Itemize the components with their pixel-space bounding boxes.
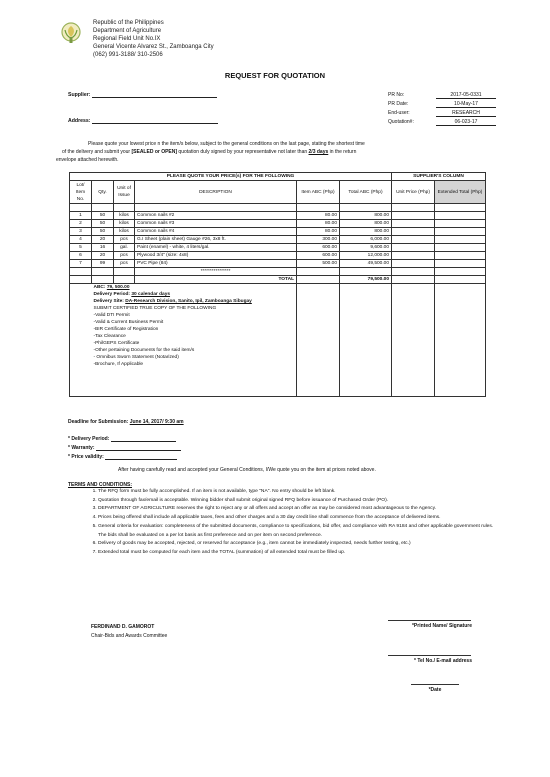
unit-price-cell[interactable] — [392, 212, 435, 220]
requirement-item: -BIR Certificate of Registration — [94, 326, 295, 333]
total-unit-price-cell[interactable] — [392, 276, 435, 284]
warranty-field[interactable]: * Warranty: — [68, 445, 181, 451]
total-label: TOTAL — [135, 276, 297, 284]
document-title: REQUEST FOR QUOTATION — [0, 71, 550, 80]
terms-list: The RFQ form must be fully accomplished.… — [84, 488, 498, 558]
notes-cell: ABC: 79, 500.00 Delivery Period: 30 cale… — [92, 284, 297, 397]
item-qty: 99 — [92, 260, 114, 268]
delivery-site-line: Delivery Site: DA-Research Division, San… — [94, 298, 295, 305]
pr-date-value: 10-May-17 — [436, 101, 496, 108]
item-description: Common nails #4 — [135, 228, 297, 236]
item-unit: pcs — [114, 260, 135, 268]
requirement-item: -Other pertaining Documents for the said… — [94, 347, 295, 354]
unit-price-cell[interactable] — [392, 236, 435, 244]
table-row: 516gal.Paint (enamel) - white, 4 liters/… — [70, 244, 486, 252]
term-item: The RFQ form must be fully accomplished.… — [98, 488, 498, 497]
quotation-no-label: Quotation#: — [388, 119, 414, 125]
item-qty: 50 — [92, 220, 114, 228]
spacer-row — [70, 204, 486, 212]
table-row: 620pcsPlywood 3/4" (size: 4x8)600.0012,0… — [70, 252, 486, 260]
extended-total-cell[interactable] — [435, 244, 486, 252]
tel-email-label: * Tel No./ E-mail address — [380, 658, 472, 664]
agency-header: Republic of the Philippines Department o… — [93, 19, 214, 59]
tel-email-line[interactable] — [388, 655, 471, 656]
item-total-abc: 800.00 — [340, 228, 392, 236]
item-abc: 600.00 — [297, 252, 340, 260]
item-qty: 16 — [92, 244, 114, 252]
item-description: G.I Sheet (plain sheet) Gauge #26, 3x8 f… — [135, 236, 297, 244]
item-no: 1 — [70, 212, 92, 220]
end-user-label: End-user: — [388, 110, 410, 116]
signatory-name: FERDINAND D. GAMOROT — [91, 623, 167, 632]
item-no: 7 — [70, 260, 92, 268]
item-total-abc: 9,600.00 — [340, 244, 392, 252]
item-unit: kilos — [114, 220, 135, 228]
term-item: Quotation through fax/email is acceptabl… — [98, 497, 498, 506]
item-unit: gal. — [114, 244, 135, 252]
item-total-abc: 800.00 — [340, 212, 392, 220]
extended-total-cell[interactable] — [435, 220, 486, 228]
term-item: Prices being offered shall include all a… — [98, 514, 498, 523]
item-description: PVC Pipe (84) — [135, 260, 297, 268]
item-no: 3 — [70, 228, 92, 236]
item-unit: pcs — [114, 252, 135, 260]
requirements-list: -Valid DTI Permit-Valid & Current Busine… — [94, 312, 295, 368]
table-row: 420pcsG.I Sheet (plain sheet) Gauge #26,… — [70, 236, 486, 244]
rfq-page: Republic of the Philippines Department o… — [0, 0, 550, 777]
header-line: Department of Agriculture — [93, 27, 214, 35]
unit-price-cell[interactable] — [392, 252, 435, 260]
extended-total-cell[interactable] — [435, 236, 486, 244]
col-header-unit: Unit of Issue — [114, 181, 135, 204]
extended-total-cell[interactable] — [435, 228, 486, 236]
intro-line-3: envelope attached herewith. — [56, 156, 506, 164]
term-item: General criteria for evaluation: complet… — [98, 523, 498, 540]
group-header-right: SUPPLIER'S COLUMN — [392, 173, 486, 181]
item-abc: 300.00 — [297, 236, 340, 244]
item-abc: 500.00 — [297, 260, 340, 268]
signatory-block: FERDINAND D. GAMOROT Chair-Bids and Awar… — [91, 623, 167, 640]
acceptance-statement: After having carefully read and accepted… — [118, 467, 376, 473]
header-line: Republic of the Philippines — [93, 19, 214, 27]
term-item: DEPARTMENT OF AGRICULTURE reserves the r… — [98, 505, 498, 514]
delivery-period-line: Delivery Period: 30 calendar days — [94, 291, 295, 298]
delivery-period-field[interactable]: * Delivery Period: — [68, 436, 176, 442]
item-no: 5 — [70, 244, 92, 252]
extended-total-cell[interactable] — [435, 252, 486, 260]
unit-price-cell[interactable] — [392, 228, 435, 236]
extended-total-cell[interactable] — [435, 212, 486, 220]
price-validity-field[interactable]: * Price validity: — [68, 454, 177, 460]
requirement-item: -Valid DTI Permit — [94, 312, 295, 319]
end-user-value: RESEARCH — [436, 110, 496, 117]
warranty-blank[interactable] — [96, 445, 181, 451]
item-qty: 50 — [92, 212, 114, 220]
col-header-unit-price: Unit Price (Php) — [392, 181, 435, 204]
col-header-total-abc: Total ABC (Php) — [340, 181, 392, 204]
item-unit: kilos — [114, 228, 135, 236]
intro-line-1: Please quote your lowest price n the ite… — [56, 140, 506, 148]
item-abc: 600.00 — [297, 244, 340, 252]
total-abc-value: 79,500.00 — [340, 276, 392, 284]
total-row: TOTAL 79,500.00 — [70, 276, 486, 284]
header-line: (062) 991-3188/ 310-2506 — [93, 51, 214, 59]
intro-line-2: of the delivery and submit your [SEALED … — [56, 148, 506, 156]
supplier-label: Supplier: — [68, 92, 90, 98]
deadline-value: June 14, 2017/ 9:30 am — [130, 419, 184, 425]
pr-date-label: PR Date: — [388, 101, 408, 107]
item-total-abc: 800.00 — [340, 220, 392, 228]
item-qty: 20 — [92, 236, 114, 244]
item-abc: 80.00 — [297, 212, 340, 220]
table-row: 799pcsPVC Pipe (84)500.0049,500.00 — [70, 260, 486, 268]
item-abc: 80.00 — [297, 228, 340, 236]
unit-price-cell[interactable] — [392, 220, 435, 228]
abc-line: ABC: 79, 500.00 — [94, 284, 295, 291]
item-qty: 20 — [92, 252, 114, 260]
signature-line[interactable] — [388, 620, 471, 621]
printed-name-label: *Printed Name/ Signature — [380, 623, 472, 629]
unit-price-cell[interactable] — [392, 244, 435, 252]
total-extended-cell[interactable] — [435, 276, 486, 284]
item-abc: 80.00 — [297, 220, 340, 228]
item-no: 6 — [70, 252, 92, 260]
item-no: 4 — [70, 236, 92, 244]
item-total-abc: 12,000.00 — [340, 252, 392, 260]
header-line: Regional Field Unit No.IX — [93, 35, 214, 43]
items-table: PLEASE QUOTE YOUR PRICE(s) FOR THE FOLLO… — [69, 172, 486, 397]
supplier-blank[interactable] — [92, 92, 217, 98]
extended-total-cell[interactable] — [435, 260, 486, 268]
date-label: *Date — [411, 687, 459, 693]
item-total-abc: 49,500.00 — [340, 260, 392, 268]
item-description: Common nails #2 — [135, 212, 297, 220]
address-label: Address: — [68, 118, 91, 124]
signatory-position: Chair-Bids and Awards Committee — [91, 632, 167, 641]
group-header-left: PLEASE QUOTE YOUR PRICE(s) FOR THE FOLLO… — [70, 173, 392, 181]
col-header-description: DESCRIPTION — [135, 181, 297, 204]
item-description: Common nails #3 — [135, 220, 297, 228]
pr-no-label: PR No: — [388, 92, 404, 98]
requirement-item: -Brochure, If Applicable — [94, 361, 295, 368]
notes-row: ABC: 79, 500.00 Delivery Period: 30 cale… — [70, 284, 486, 397]
requirement-item: -Tax Clearance — [94, 333, 295, 340]
col-header-lot: Lot/ Item No. — [70, 181, 92, 204]
item-description: Plywood 3/4" (size: 4x8) — [135, 252, 297, 260]
agency-seal-icon — [61, 22, 81, 44]
item-qty: 50 — [92, 228, 114, 236]
col-header-qty: Qty. — [92, 181, 114, 204]
item-no: 2 — [70, 220, 92, 228]
delivery-period-blank[interactable] — [111, 436, 176, 442]
requirement-item: -PhilGEPS Certificate — [94, 340, 295, 347]
address-blank[interactable] — [92, 118, 218, 124]
deadline: Deadline for Submission: June 14, 2017/ … — [68, 419, 184, 425]
date-line[interactable] — [411, 684, 459, 685]
end-marker: **************** — [135, 268, 297, 276]
pr-no-value: 2017-05-0331 — [436, 92, 496, 99]
item-unit: kilos — [114, 212, 135, 220]
quotation-no-value: 06-023-17 — [436, 119, 496, 126]
term-item: Delivery of goods may be accepted, rejec… — [98, 540, 498, 549]
col-header-item-abc: Item ABC (Php) — [297, 181, 340, 204]
end-marker-row: **************** — [70, 268, 486, 276]
table-row: 150kilosCommon nails #280.00800.00 — [70, 212, 486, 220]
col-header-extended-total: Extended Total (Php) — [435, 181, 486, 204]
item-total-abc: 6,000.00 — [340, 236, 392, 244]
item-description: Paint (enamel) - white, 4 liters/gal. — [135, 244, 297, 252]
header-line: General Vicente Alvarez St., Zamboanga C… — [93, 43, 214, 51]
item-unit: pcs — [114, 236, 135, 244]
table-row: 350kilosCommon nails #480.00800.00 — [70, 228, 486, 236]
submit-header: SUBMIT CERTIFIED TRUE COPY OF THE FOLLOW… — [94, 305, 295, 312]
instructions-paragraph: Please quote your lowest price n the ite… — [56, 140, 506, 164]
supplier-field[interactable]: Supplier: — [68, 92, 217, 98]
requirement-item: - Omnibus Sworn Statement (Notarized) — [94, 354, 295, 361]
requirement-item: -Valid & Current Business Permit — [94, 319, 295, 326]
unit-price-cell[interactable] — [392, 260, 435, 268]
table-row: 250kilosCommon nails #380.00800.00 — [70, 220, 486, 228]
price-validity-blank[interactable] — [105, 454, 177, 460]
term-item: Extended total must be computed for each… — [98, 549, 498, 558]
address-field[interactable]: Address: — [68, 118, 218, 124]
